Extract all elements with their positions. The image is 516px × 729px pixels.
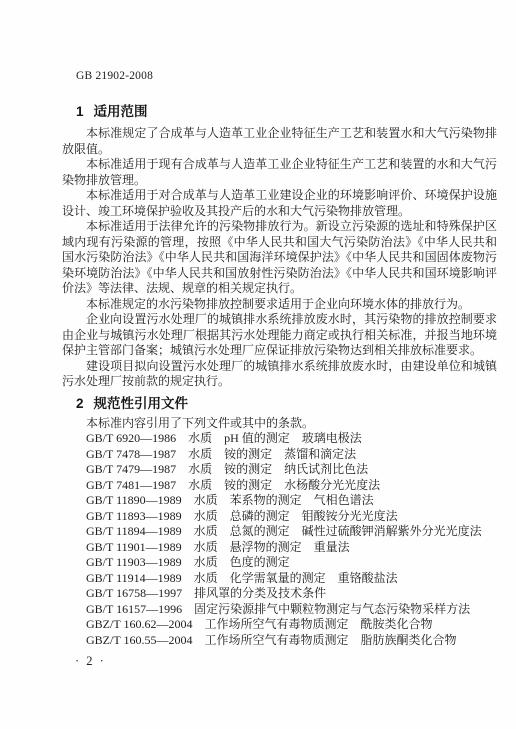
page-number: · 2 · [75,654,497,669]
reference-item: GB/T 11890—1989 水质 苯系物的测定 气相色谱法 [62,493,497,509]
section-1-heading: 1适用范围 [76,104,497,119]
reference-item: GB/T 6920—1986 水质 pH 值的测定 玻璃电极法 [62,431,497,447]
paragraph: 本标准适用于现有合成革与人造革工业企业特征生产工艺和装置的水和大气污染物排放管理… [62,157,497,188]
section-1-number: 1 [76,104,84,119]
paragraph: 本标准规定了合成革与人造革工业企业特征生产工艺和装置水和大气污染物排放限值。 [62,126,497,157]
reference-item: GB/T 11894—1989 水质 总氮的测定 碱性过硫酸钾消解紫外分光光度法 [62,524,497,540]
reference-item: GB/T 11903—1989 水质 色度的测定 [62,555,497,571]
reference-item: GBZ/T 160.62—2004 工作场所空气有毒物质测定 酰胺类化合物 [62,617,497,633]
section-2-title: 规范性引用文件 [94,396,189,411]
document-page: GB 21902-2008 1适用范围 本标准规定了合成革与人造革工业企业特征生… [0,0,516,729]
section-1-body: 本标准规定了合成革与人造革工业企业特征生产工艺和装置水和大气污染物排放限值。 本… [62,126,497,390]
reference-item: GBZ/T 160.55—2004 工作场所空气有毒物质测定 脂肪族酮类化合物 [62,633,497,649]
section-2-heading: 2规范性引用文件 [76,396,497,411]
reference-item: GB/T 16157—1996 固定污染源排气中颗粒物测定与气态污染物采样方法 [62,602,497,618]
text-block: GB 21902-2008 1适用范围 本标准规定了合成革与人造革工业企业特征生… [62,70,497,669]
reference-item: GB/T 7478—1987 水质 铵的测定 蒸馏和滴定法 [62,447,497,463]
reference-item: GB/T 16758—1997 排风罩的分类及技术条件 [62,586,497,602]
paragraph: 建设项目拟向设置污水处理厂的城镇排水系统排放废水时，由建设单位和城镇污水处理厂按… [62,359,497,390]
reference-item: GB/T 7481—1987 水质 铵的测定 水杨酸分光光度法 [62,478,497,494]
reference-item: GB/T 11901—1989 水质 悬浮物的测定 重量法 [62,540,497,556]
section-1-title: 适用范围 [94,104,148,119]
section-2-body: 本标准内容引用了下列文件或其中的条款。 GB/T 6920—1986 水质 pH… [62,416,497,649]
standard-number-header: GB 21902-2008 [76,70,497,82]
paragraph: 本标准适用于对合成革与人造革工业建设企业的环境影响评价、环境保护设施设计、竣工环… [62,188,497,219]
paragraph: 本标准规定的水污染物排放控制要求适用于企业向环境水体的排放行为。 [62,297,497,313]
references-intro: 本标准内容引用了下列文件或其中的条款。 [62,416,497,432]
section-2-number: 2 [76,396,84,411]
paragraph: 本标准适用于法律允许的污染物排放行为。新设立污染源的选址和特殊保护区域内现有污染… [62,219,497,297]
reference-item: GB/T 11914—1989 水质 化学需氧量的测定 重铬酸盐法 [62,571,497,587]
reference-item: GB/T 11893—1989 水质 总磷的测定 钼酸铵分光光度法 [62,509,497,525]
reference-item: GB/T 7479—1987 水质 铵的测定 纳氏试剂比色法 [62,462,497,478]
paragraph: 企业向设置污水处理厂的城镇排水系统排放废水时，其污染物的排放控制要求由企业与城镇… [62,312,497,359]
